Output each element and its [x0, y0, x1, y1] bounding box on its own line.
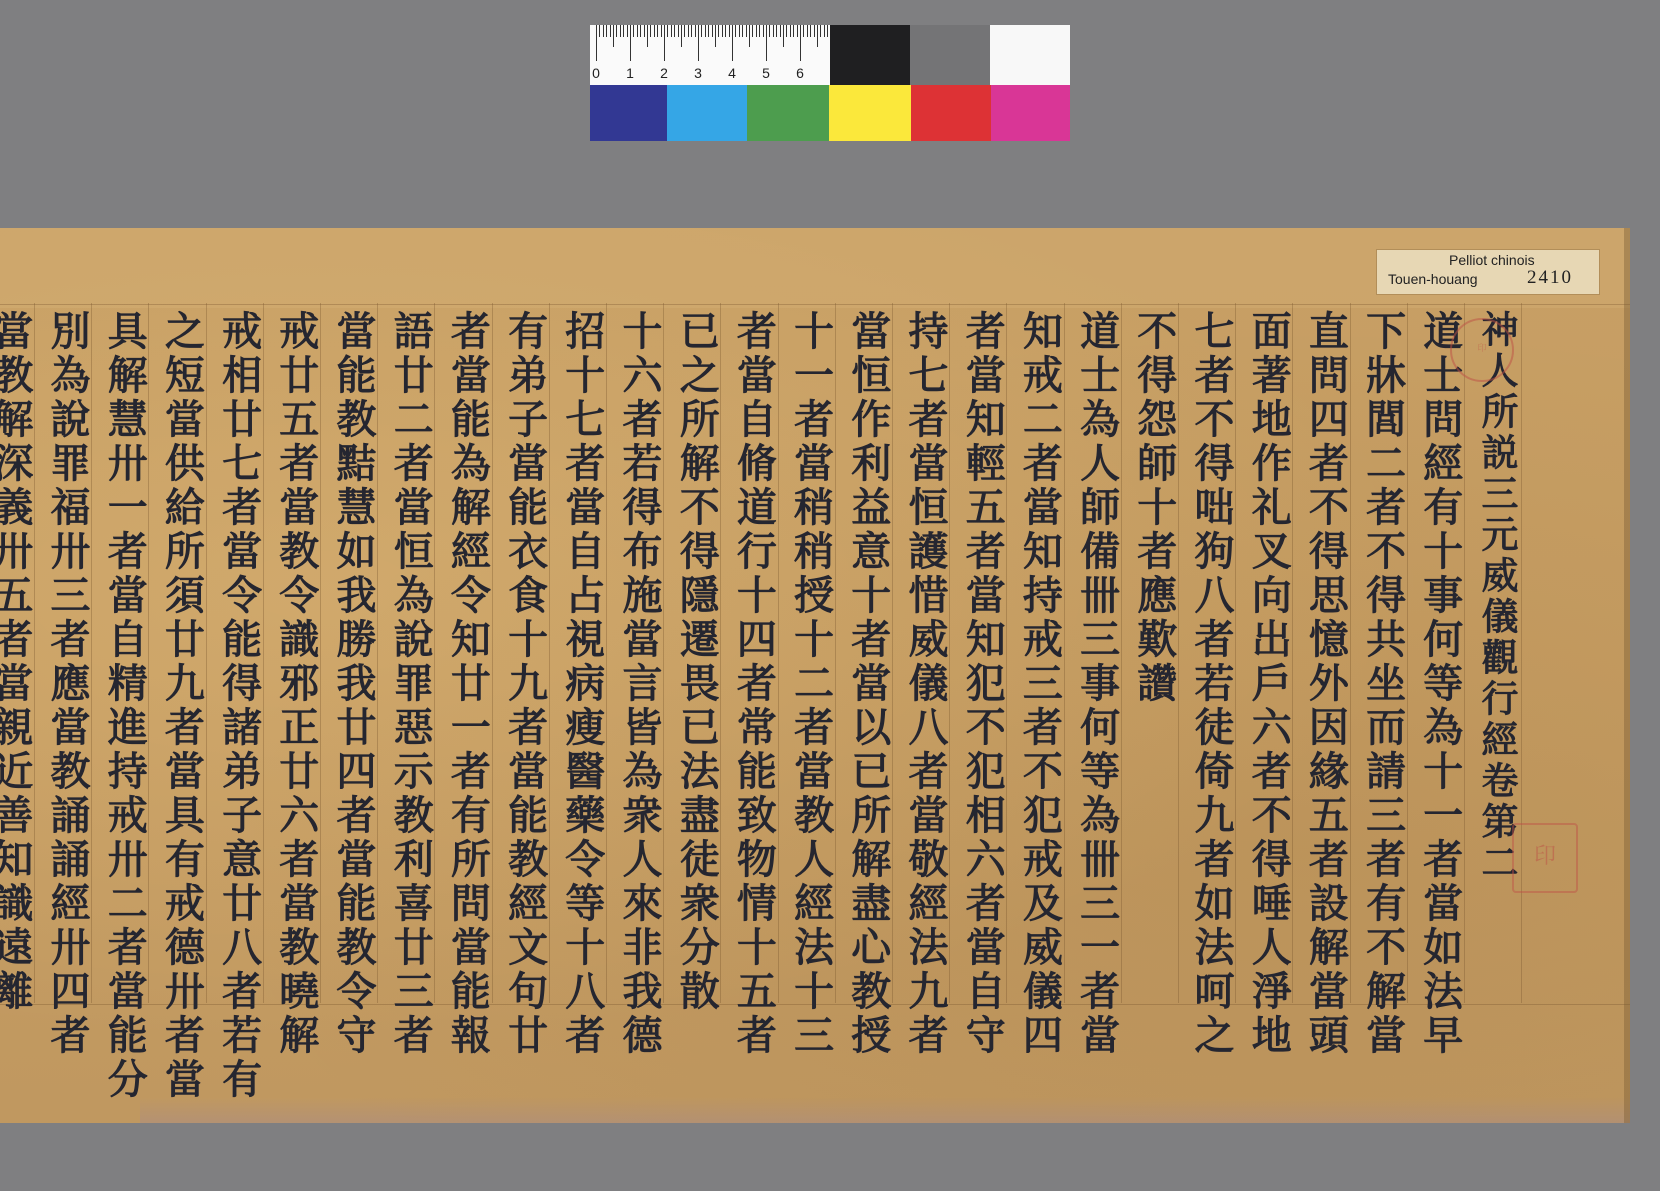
text-column: 七者不得咄狗八者若徒倚九者如法呵之 [1182, 310, 1240, 1058]
text-column: 者當自脩道行十四者常能致物情十五者 [724, 310, 782, 1058]
ruler-tick [688, 25, 689, 37]
swatch-red [911, 85, 991, 141]
square-seal-icon: 印 [1512, 823, 1578, 893]
ruler-tick [735, 25, 736, 37]
ruler-tick [674, 25, 675, 37]
ruler-tick [763, 25, 764, 37]
ruler-tick [698, 25, 699, 61]
ruler-tick [678, 25, 679, 37]
ruler-tick [773, 25, 774, 37]
ruler-number: 5 [762, 65, 770, 81]
ruler-tick [603, 25, 604, 37]
text-column: 招十七者當自占視病瘦醫藥令等十八者 [553, 310, 611, 1058]
ruler-tick [712, 25, 713, 37]
ruler-tick [742, 25, 743, 37]
catalog-label: Pelliot chinois Touen-houang 2410 [1377, 250, 1599, 294]
ruler-number: 2 [660, 65, 668, 81]
text-column: 道士為人師備卌三事何等為卌三一者當 [1068, 310, 1126, 1058]
ruler-tick [623, 25, 624, 37]
ruler-tick [647, 25, 648, 47]
ruler-tick [644, 25, 645, 37]
ruler-tick [746, 25, 747, 37]
ruler-tick [708, 25, 709, 37]
ruler-tick [620, 25, 621, 37]
ruler-tick [657, 25, 658, 37]
text-column: 語廿二者當恒為說罪惡示教利喜廿三者 [381, 310, 439, 1058]
ruler-tick [701, 25, 702, 37]
ruler-tick [630, 25, 631, 61]
ruler-tick [790, 25, 791, 37]
text-column: 當能教黠慧如我勝我廿四者當能教令守 [324, 310, 382, 1058]
ruler-tick [718, 25, 719, 37]
ruler-tick [691, 25, 692, 37]
ruler-tick [769, 25, 770, 37]
ruler-number: 3 [694, 65, 702, 81]
text-column: 當恒作利益意十者當以已所解盡心教授 [839, 310, 897, 1058]
text-column: 者當知輕五者當知犯不犯相六者當自守 [953, 310, 1011, 1058]
ruler-tick [749, 25, 750, 47]
ruler-tick [786, 25, 787, 37]
ruler-tick [783, 25, 784, 47]
ruler-tick [793, 25, 794, 37]
ruler-tick [661, 25, 662, 37]
swatch-gray [910, 25, 990, 85]
text-column: 直問四者不得思憶外因緣五者設解當頭 [1296, 310, 1354, 1058]
ruler-tick [684, 25, 685, 37]
ruler-tick [756, 25, 757, 37]
ruler-tick [606, 25, 607, 37]
text-column: 當教解深義卅五者當親近善知識遠離 [0, 310, 39, 1014]
swatch-yellow [829, 85, 911, 141]
ruler-tick [613, 25, 614, 47]
label-origin: Touen-houang [1388, 271, 1478, 287]
ruler-tick [722, 25, 723, 37]
ruler-tick [664, 25, 665, 61]
swatch-black [830, 25, 910, 85]
color-calibration-target: 0123456 [590, 25, 1070, 141]
swatch-green [747, 85, 829, 141]
ruler-number: 1 [626, 65, 634, 81]
ruler-tick [637, 25, 638, 37]
text-column: 知戒二者當知持戒三者不犯戒及威儀四 [1010, 310, 1068, 1058]
ruler-tick [752, 25, 753, 37]
ruler-tick [817, 25, 818, 47]
ruler-tick [820, 25, 821, 37]
ruler-tick [732, 25, 733, 61]
swatch-magenta [991, 85, 1070, 141]
manuscript-scroll: 神人所説三元威儀觀行經卷第二道士問經有十事何等為十一者當如法早下牀閭二者不得共坐… [0, 228, 1630, 1123]
ruler-tick [766, 25, 767, 61]
ruler-tick [671, 25, 672, 37]
ruler-number: 6 [796, 65, 804, 81]
ruler-tick [780, 25, 781, 37]
swatch-cyan [667, 85, 747, 141]
ruler-tick [807, 25, 808, 37]
ruler-tick [681, 25, 682, 47]
round-seal-icon: 印 [1450, 318, 1514, 382]
ruler-tick [610, 25, 611, 37]
ruler-tick [654, 25, 655, 37]
ruler-tick [627, 25, 628, 37]
ruler-tick [800, 25, 801, 61]
ruler-tick [667, 25, 668, 37]
text-column: 不得怨師十者應歎讚 [1125, 310, 1183, 706]
text-column: 戒廿五者當教令識邪正廿六者當教曉解 [267, 310, 325, 1058]
ruler-tick [725, 25, 726, 37]
ruler-tick [715, 25, 716, 47]
scripture-title: 神人所説三元威儀觀行經卷第二 [1468, 310, 1526, 884]
ruler-tick [827, 25, 828, 37]
text-column: 別為說罪福卅三者應當教誦誦經卅四者 [38, 310, 96, 1058]
ruler-tick [803, 25, 804, 37]
text-column: 面著地作礼叉向出戶六者不得唾人淨地 [1239, 310, 1297, 1058]
text-column: 已之所解不得隱遷畏已法盡徒衆分散 [667, 310, 725, 1014]
text-column: 道士問經有十事何等為十一者當如法早 [1411, 310, 1469, 1058]
swatch-blue [590, 85, 667, 141]
paper-right-edge [1624, 228, 1630, 1123]
text-column: 有弟子當能衣食十九者當能教經文句廿 [496, 310, 554, 1058]
ruler-tick [739, 25, 740, 37]
ruler-tick [596, 25, 597, 61]
text-column: 具解慧卅一者當自精進持戒卅二者當能分 [95, 310, 153, 1102]
ruler-tick [814, 25, 815, 37]
ruler-tick [633, 25, 634, 37]
ruler-tick [640, 25, 641, 37]
ruler-tick [650, 25, 651, 37]
label-collection: Pelliot chinois [1449, 252, 1535, 268]
ruler-tick [705, 25, 706, 37]
ruler-number: 0 [592, 65, 600, 81]
label-number: 2410 [1527, 267, 1573, 289]
ruled-column-line [1521, 303, 1522, 1003]
text-column: 下牀閭二者不得共坐而請三者有不解當 [1354, 310, 1412, 1058]
text-column: 十六者若得布施當言皆為衆人來非我德 [610, 310, 668, 1058]
swatch-white [990, 25, 1070, 85]
paper-damaged-edge [140, 1097, 1630, 1123]
ruler-tick [797, 25, 798, 37]
text-column: 十一者當稍稍授十二者當教人經法十三 [782, 310, 840, 1058]
ruler-tick [776, 25, 777, 37]
ruler-number: 4 [728, 65, 736, 81]
ruler-tick [759, 25, 760, 37]
ruler-tick [729, 25, 730, 37]
ruler-tick [695, 25, 696, 37]
ruler: 0123456 [590, 25, 830, 85]
ruled-line-top [0, 304, 1630, 305]
ruler-tick [810, 25, 811, 37]
ruler-tick [616, 25, 617, 37]
text-column: 者當能為解經令知廿一者有所問當能報 [438, 310, 496, 1058]
text-column: 戒相廿七者當令能得諸弟子意廿八者若有 [210, 310, 268, 1102]
text-column: 之短當供給所須廿九者當具有戒德卅者當 [152, 310, 210, 1102]
ruler-tick [599, 25, 600, 37]
text-column: 持七者當恒護惜威儀八者當敬經法九者 [896, 310, 954, 1058]
ruler-tick [824, 25, 825, 37]
